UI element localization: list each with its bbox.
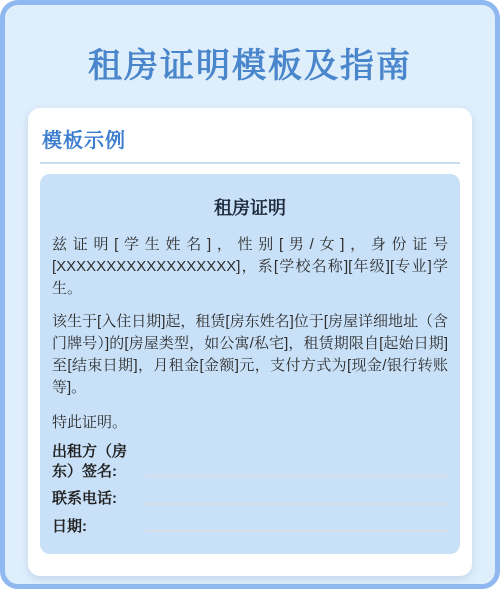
contact-phone-label: 联系电话: [52, 489, 138, 509]
section-title: 模板示例 [40, 122, 460, 153]
date-field-row: 日期: [52, 517, 448, 537]
signature-field-row: 出租方（房东）签名: [52, 442, 448, 481]
contact-phone-line [145, 503, 448, 505]
landlord-signature-label: 出租方（房东）签名: [52, 442, 138, 481]
certificate-title: 租房证明 [52, 194, 448, 220]
template-card: 模板示例 租房证明 兹证明[学生姓名]，性别[男/女]，身份证号[XXXXXXX… [28, 108, 472, 576]
date-line [145, 530, 448, 532]
poster-frame: 租房证明模板及指南 模板示例 租房证明 兹证明[学生姓名]，性别[男/女]，身份… [0, 0, 500, 589]
certificate-box: 租房证明 兹证明[学生姓名]，性别[男/女]，身份证号[XXXXXXXXXXXX… [40, 174, 460, 554]
certificate-closing: 特此证明。 [52, 412, 448, 434]
date-label: 日期: [52, 517, 138, 537]
certificate-paragraph-lease: 该生于[入住日期]起，租赁[房东姓名]位于[房屋详细地址（含门牌号）]的[房屋类… [52, 311, 448, 398]
section-divider [40, 162, 460, 164]
phone-field-row: 联系电话: [52, 489, 448, 509]
certificate-paragraph-student: 兹证明[学生姓名]，性别[男/女]，身份证号[XXXXXXXXXXXXXXXXX… [52, 234, 448, 299]
landlord-signature-line [145, 475, 448, 477]
page-title: 租房证明模板及指南 [5, 47, 495, 86]
